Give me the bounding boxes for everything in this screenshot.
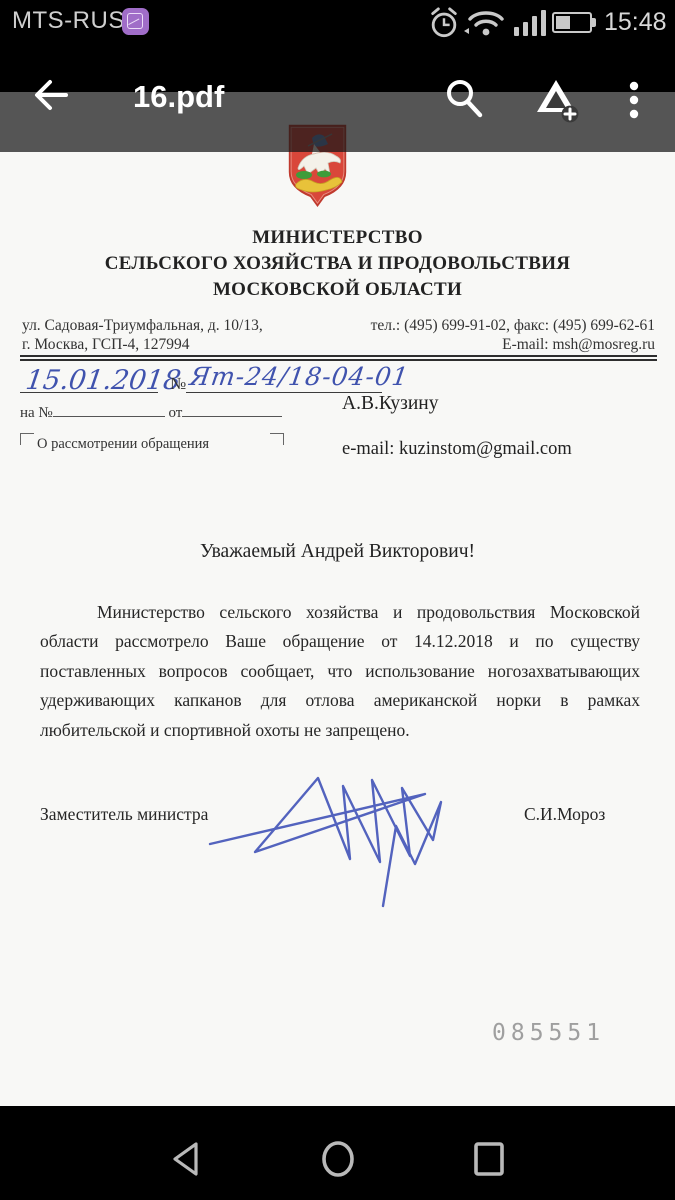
ref-ot-label: от <box>169 405 183 421</box>
addressee-name: А.В.Кузину <box>342 393 438 415</box>
alarm-clock-icon <box>428 6 460 40</box>
number-sign: № <box>170 374 186 394</box>
reference-line: на № от <box>20 403 282 422</box>
letter-body: Министерство сельского хозяйства и продо… <box>40 598 640 745</box>
ref-ot-underline <box>182 403 282 417</box>
subject-corner-left <box>20 433 34 445</box>
status-bar: MTS-RUS 15:48 <box>0 0 675 45</box>
addressee-email: e-mail: kuzinstom@gmail.com <box>342 439 572 460</box>
add-to-drive-icon[interactable] <box>532 77 580 123</box>
salutation: Уважаемый Андрей Викторович! <box>0 541 675 563</box>
body-line: удерживающих капканов для отлова америка… <box>40 686 640 715</box>
pdf-page[interactable]: МИНИСТЕРСТВО СЕЛЬСКОГО ХОЗЯЙСТВА И ПРОДО… <box>0 92 675 1106</box>
carrier-label: MTS-RUS <box>12 7 125 35</box>
pdf-viewer-toolbar: 16.pdf <box>0 75 675 121</box>
nav-recents-button[interactable] <box>472 1140 506 1178</box>
signal-strength-icon <box>514 10 548 36</box>
ministry-address: ул. Садовая-Триумфальная, д. 10/13, г. М… <box>22 316 263 354</box>
ministry-line-3: МОСКОВСКОЙ ОБЛАСТИ <box>0 277 675 303</box>
ministry-line-1: МИНИСТЕРСТВО <box>0 225 675 251</box>
subject-corner-right <box>270 433 284 445</box>
address-line-2: г. Москва, ГСП-4, 127994 <box>22 335 263 354</box>
handwritten-outgoing-number: Ят-24/18-04-01 <box>188 362 411 391</box>
ministry-line-2: СЕЛЬСКОГО ХОЗЯЙСТВА И ПРОДОВОЛЬСТВИЯ <box>0 251 675 277</box>
ref-na-underline <box>53 403 165 417</box>
subject-line: О рассмотрении обращения <box>37 436 209 453</box>
wifi-icon <box>462 6 506 38</box>
android-nav-bar <box>0 1106 675 1200</box>
signer-title: Заместитель министра <box>40 804 208 825</box>
clock-time: 15:48 <box>604 8 667 37</box>
body-line: области рассмотрело Ваше обращение от 14… <box>40 627 640 656</box>
phone-screen: MTS-RUS 15:48 <box>0 0 675 1200</box>
body-line: любительской и спортивной охоты не запре… <box>40 716 640 745</box>
search-icon[interactable] <box>443 77 485 121</box>
address-line-1: ул. Садовая-Триумфальная, д. 10/13, <box>22 316 263 335</box>
back-arrow-icon[interactable] <box>32 77 70 113</box>
body-line: поставленных вопросов сообщает, что испо… <box>40 657 640 686</box>
ministry-contacts: тел.: (495) 699-91-02, факс: (495) 699-6… <box>371 316 655 354</box>
ministry-header: МИНИСТЕРСТВО СЕЛЬСКОГО ХОЗЯЙСТВА И ПРОДО… <box>0 225 675 303</box>
document-title: 16.pdf <box>133 72 224 122</box>
nav-back-button[interactable] <box>170 1140 200 1178</box>
letterhead-divider <box>20 355 657 361</box>
stamp-number: 085551 <box>492 1020 605 1046</box>
battery-icon <box>552 12 592 33</box>
handwritten-signature <box>200 764 480 909</box>
signer-name: С.И.Мороз <box>524 804 605 825</box>
date-underline <box>20 392 158 393</box>
screenshot-notification-icon <box>122 8 149 35</box>
contact-line-2: E-mail: msh@mosreg.ru <box>371 335 655 354</box>
ref-na-label: на № <box>20 405 53 421</box>
contact-line-1: тел.: (495) 699-91-02, факс: (495) 699-6… <box>371 316 655 335</box>
nav-home-button[interactable] <box>320 1140 356 1178</box>
overflow-menu-icon[interactable] <box>626 77 642 123</box>
body-line: Министерство сельского хозяйства и продо… <box>40 598 640 627</box>
